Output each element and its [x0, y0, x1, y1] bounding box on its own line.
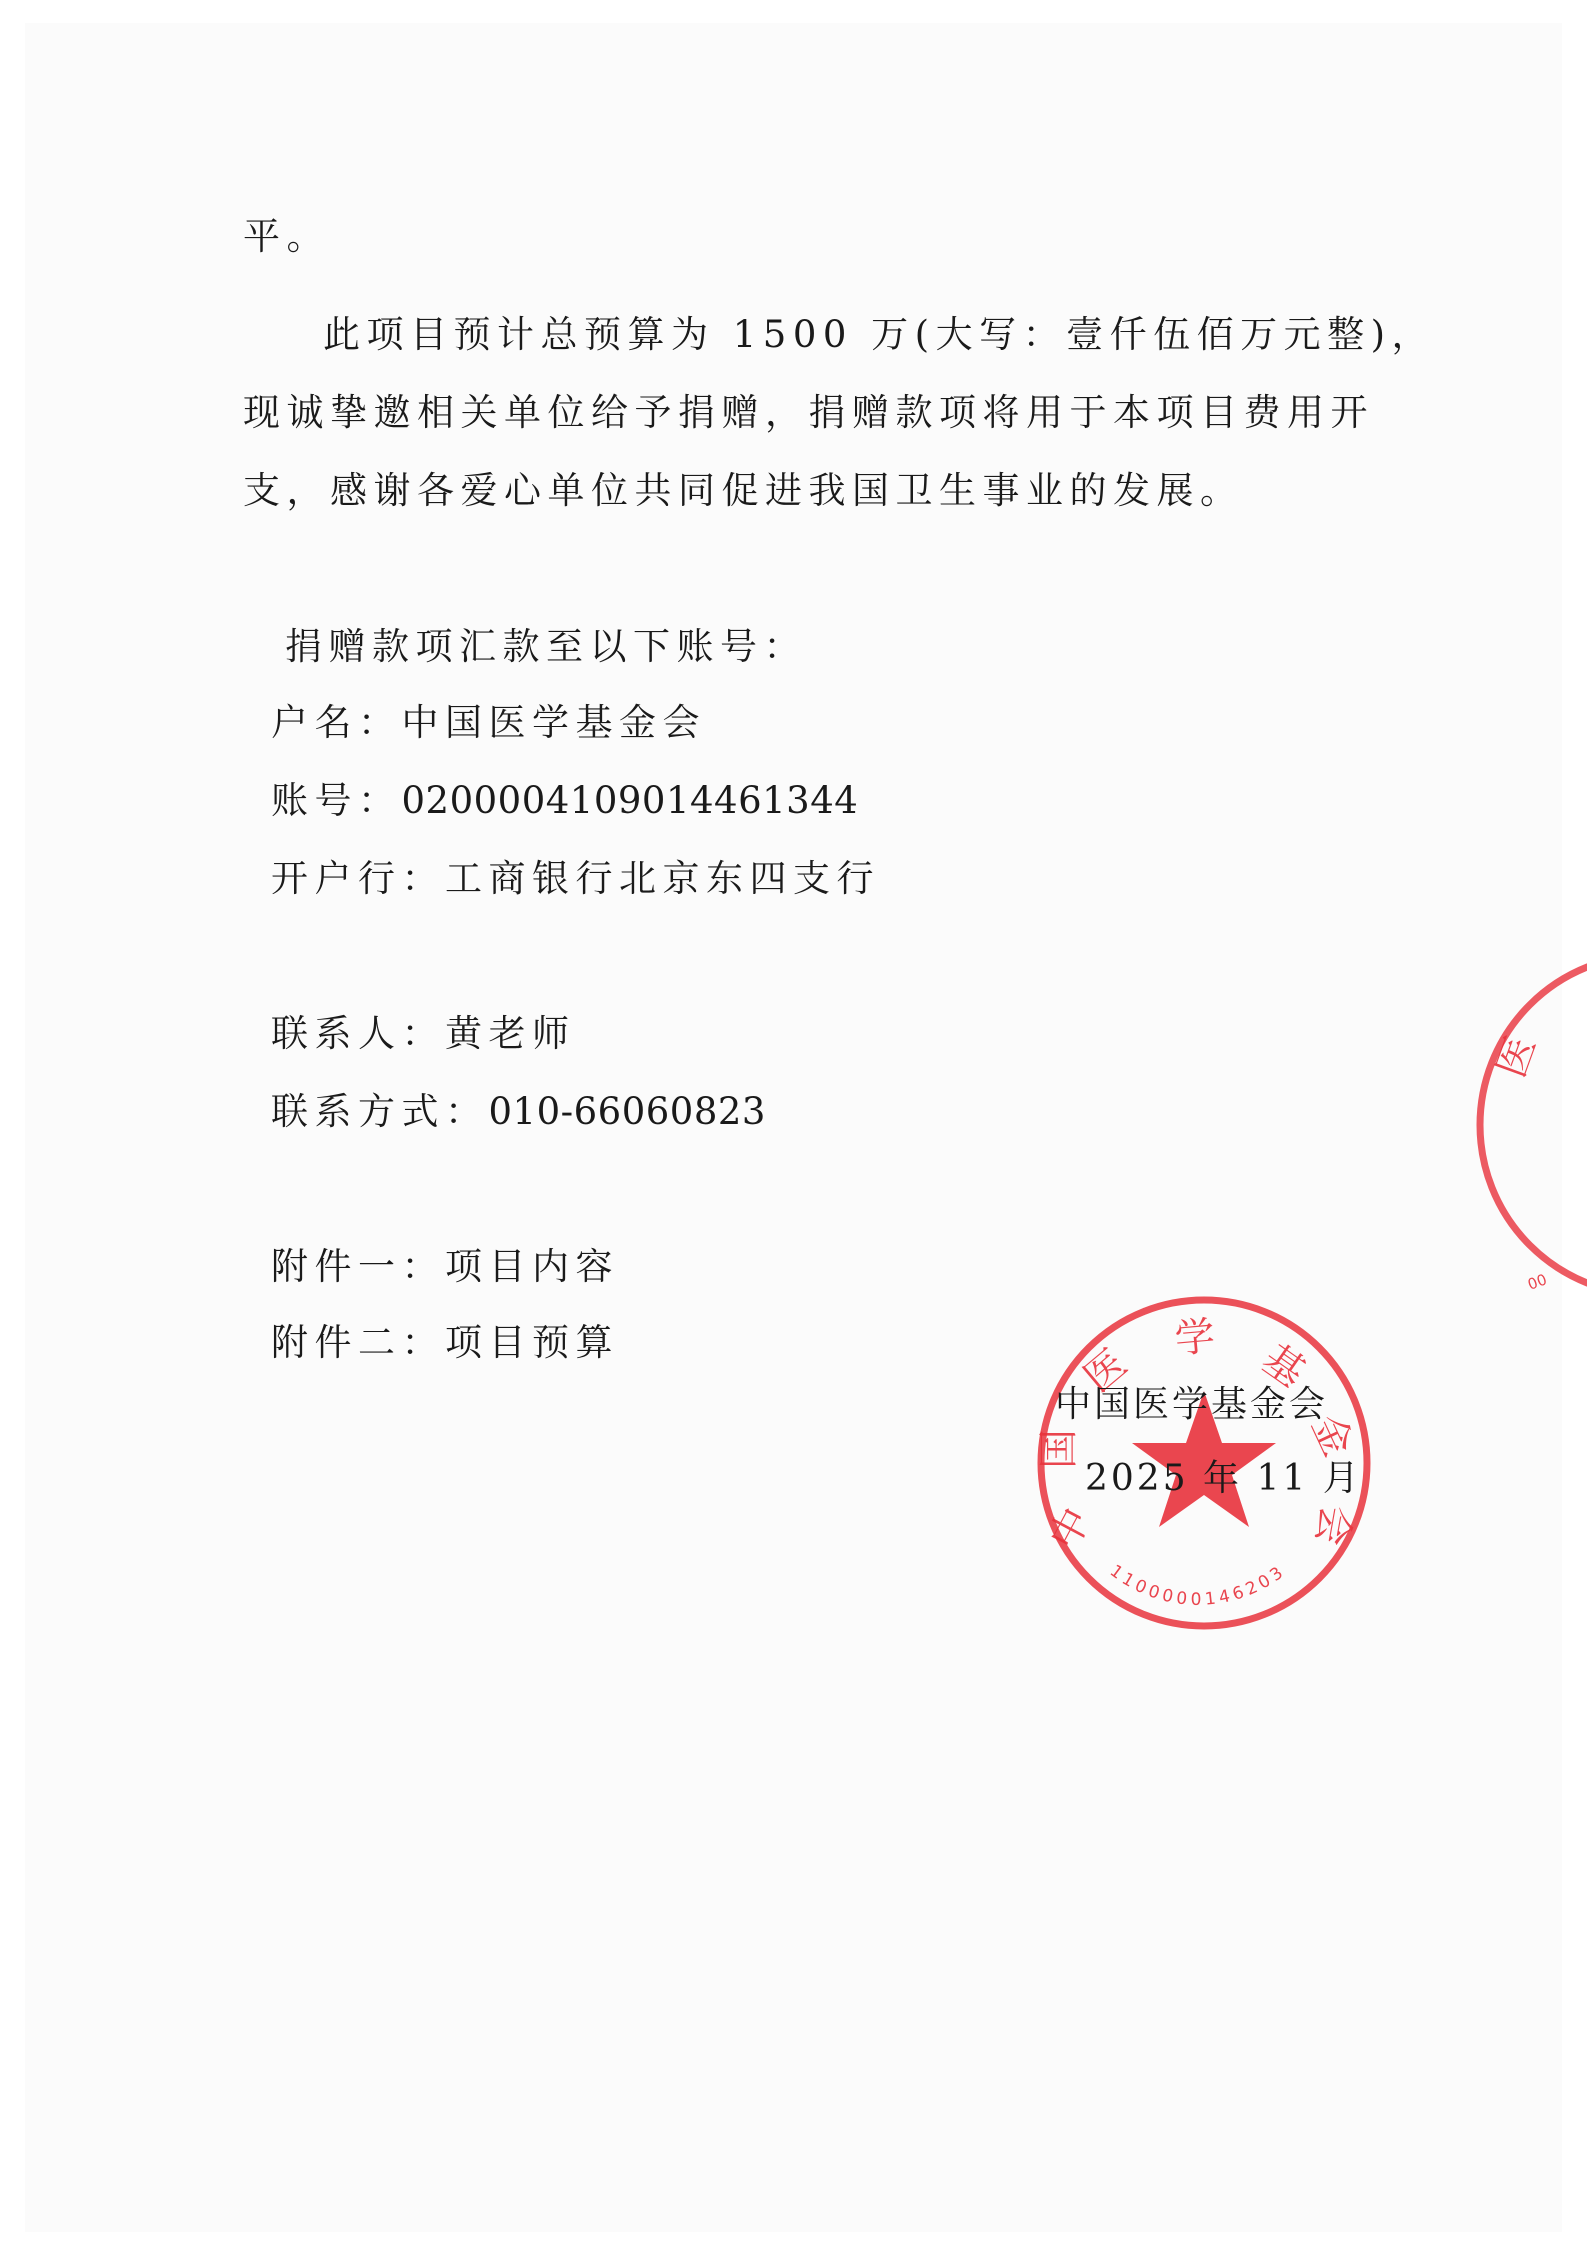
paragraph-continuation: 平。	[243, 215, 330, 259]
signature-organization: 中国医学基金会	[1055, 1385, 1328, 1425]
bank-row: 开户行：工商银行北京东四支行	[271, 857, 880, 901]
budget-paragraph-line-2: 现诚挚邀相关单位给予捐赠，捐赠款项将用于本项目费用开	[243, 391, 1374, 435]
contact-person-label: 联系人：	[271, 1012, 445, 1055]
seal-char-2: 国	[1036, 1429, 1082, 1469]
seal-char-4: 学	[1173, 1313, 1217, 1362]
document-page: 平。 此项目预计总预算为 1500 万(大写：壹仟伍佰万元整)， 现诚挚邀相关单…	[25, 23, 1562, 2232]
account-number-label: 账号：	[271, 779, 402, 822]
attachment-2-label: 附件二：	[271, 1321, 445, 1364]
account-name-label: 户名：	[271, 701, 402, 744]
budget-paragraph-line-1: 此项目预计总预算为 1500 万(大写：壹仟伍佰万元整)，	[323, 313, 1435, 357]
account-number-row: 账号：0200004109014461344	[271, 779, 858, 823]
contact-phone-row: 联系方式：010-66060823	[271, 1090, 766, 1134]
svg-text:1100000146203: 1100000146203	[1106, 1561, 1290, 1610]
contact-person-value: 黄老师	[445, 1012, 576, 1055]
account-name-row: 户名：中国医学基金会	[271, 701, 706, 745]
contact-person-row: 联系人：黄老师	[271, 1012, 576, 1056]
signature-date: 2025 年 11 月	[1085, 1459, 1362, 1499]
budget-paragraph-line-3: 支，感谢各爱心单位共同促进我国卫生事业的发展。	[243, 469, 1244, 513]
account-name-value: 中国医学基金会	[402, 701, 707, 744]
contact-phone-value: 010-66060823	[489, 1090, 766, 1133]
bank-value: 工商银行北京东四支行	[445, 857, 880, 900]
attachment-2: 附件二：项目预算	[271, 1321, 619, 1365]
seal-serial: 1100000146203	[1106, 1561, 1290, 1610]
attachment-1-title: 项目内容	[445, 1245, 619, 1288]
remittance-heading: 捐赠款项汇款至以下账号：	[285, 625, 807, 669]
account-number-value: 0200004109014461344	[402, 779, 859, 822]
attachment-1: 附件一：项目内容	[271, 1245, 619, 1289]
seal-char-7: 会	[1307, 1502, 1359, 1549]
attachment-2-title: 项目预算	[445, 1321, 619, 1364]
contact-phone-label: 联系方式：	[271, 1090, 489, 1133]
attachment-1-label: 附件一：	[271, 1245, 445, 1288]
seal-char-1: 中	[1041, 1500, 1100, 1557]
bank-label: 开户行：	[271, 857, 445, 900]
